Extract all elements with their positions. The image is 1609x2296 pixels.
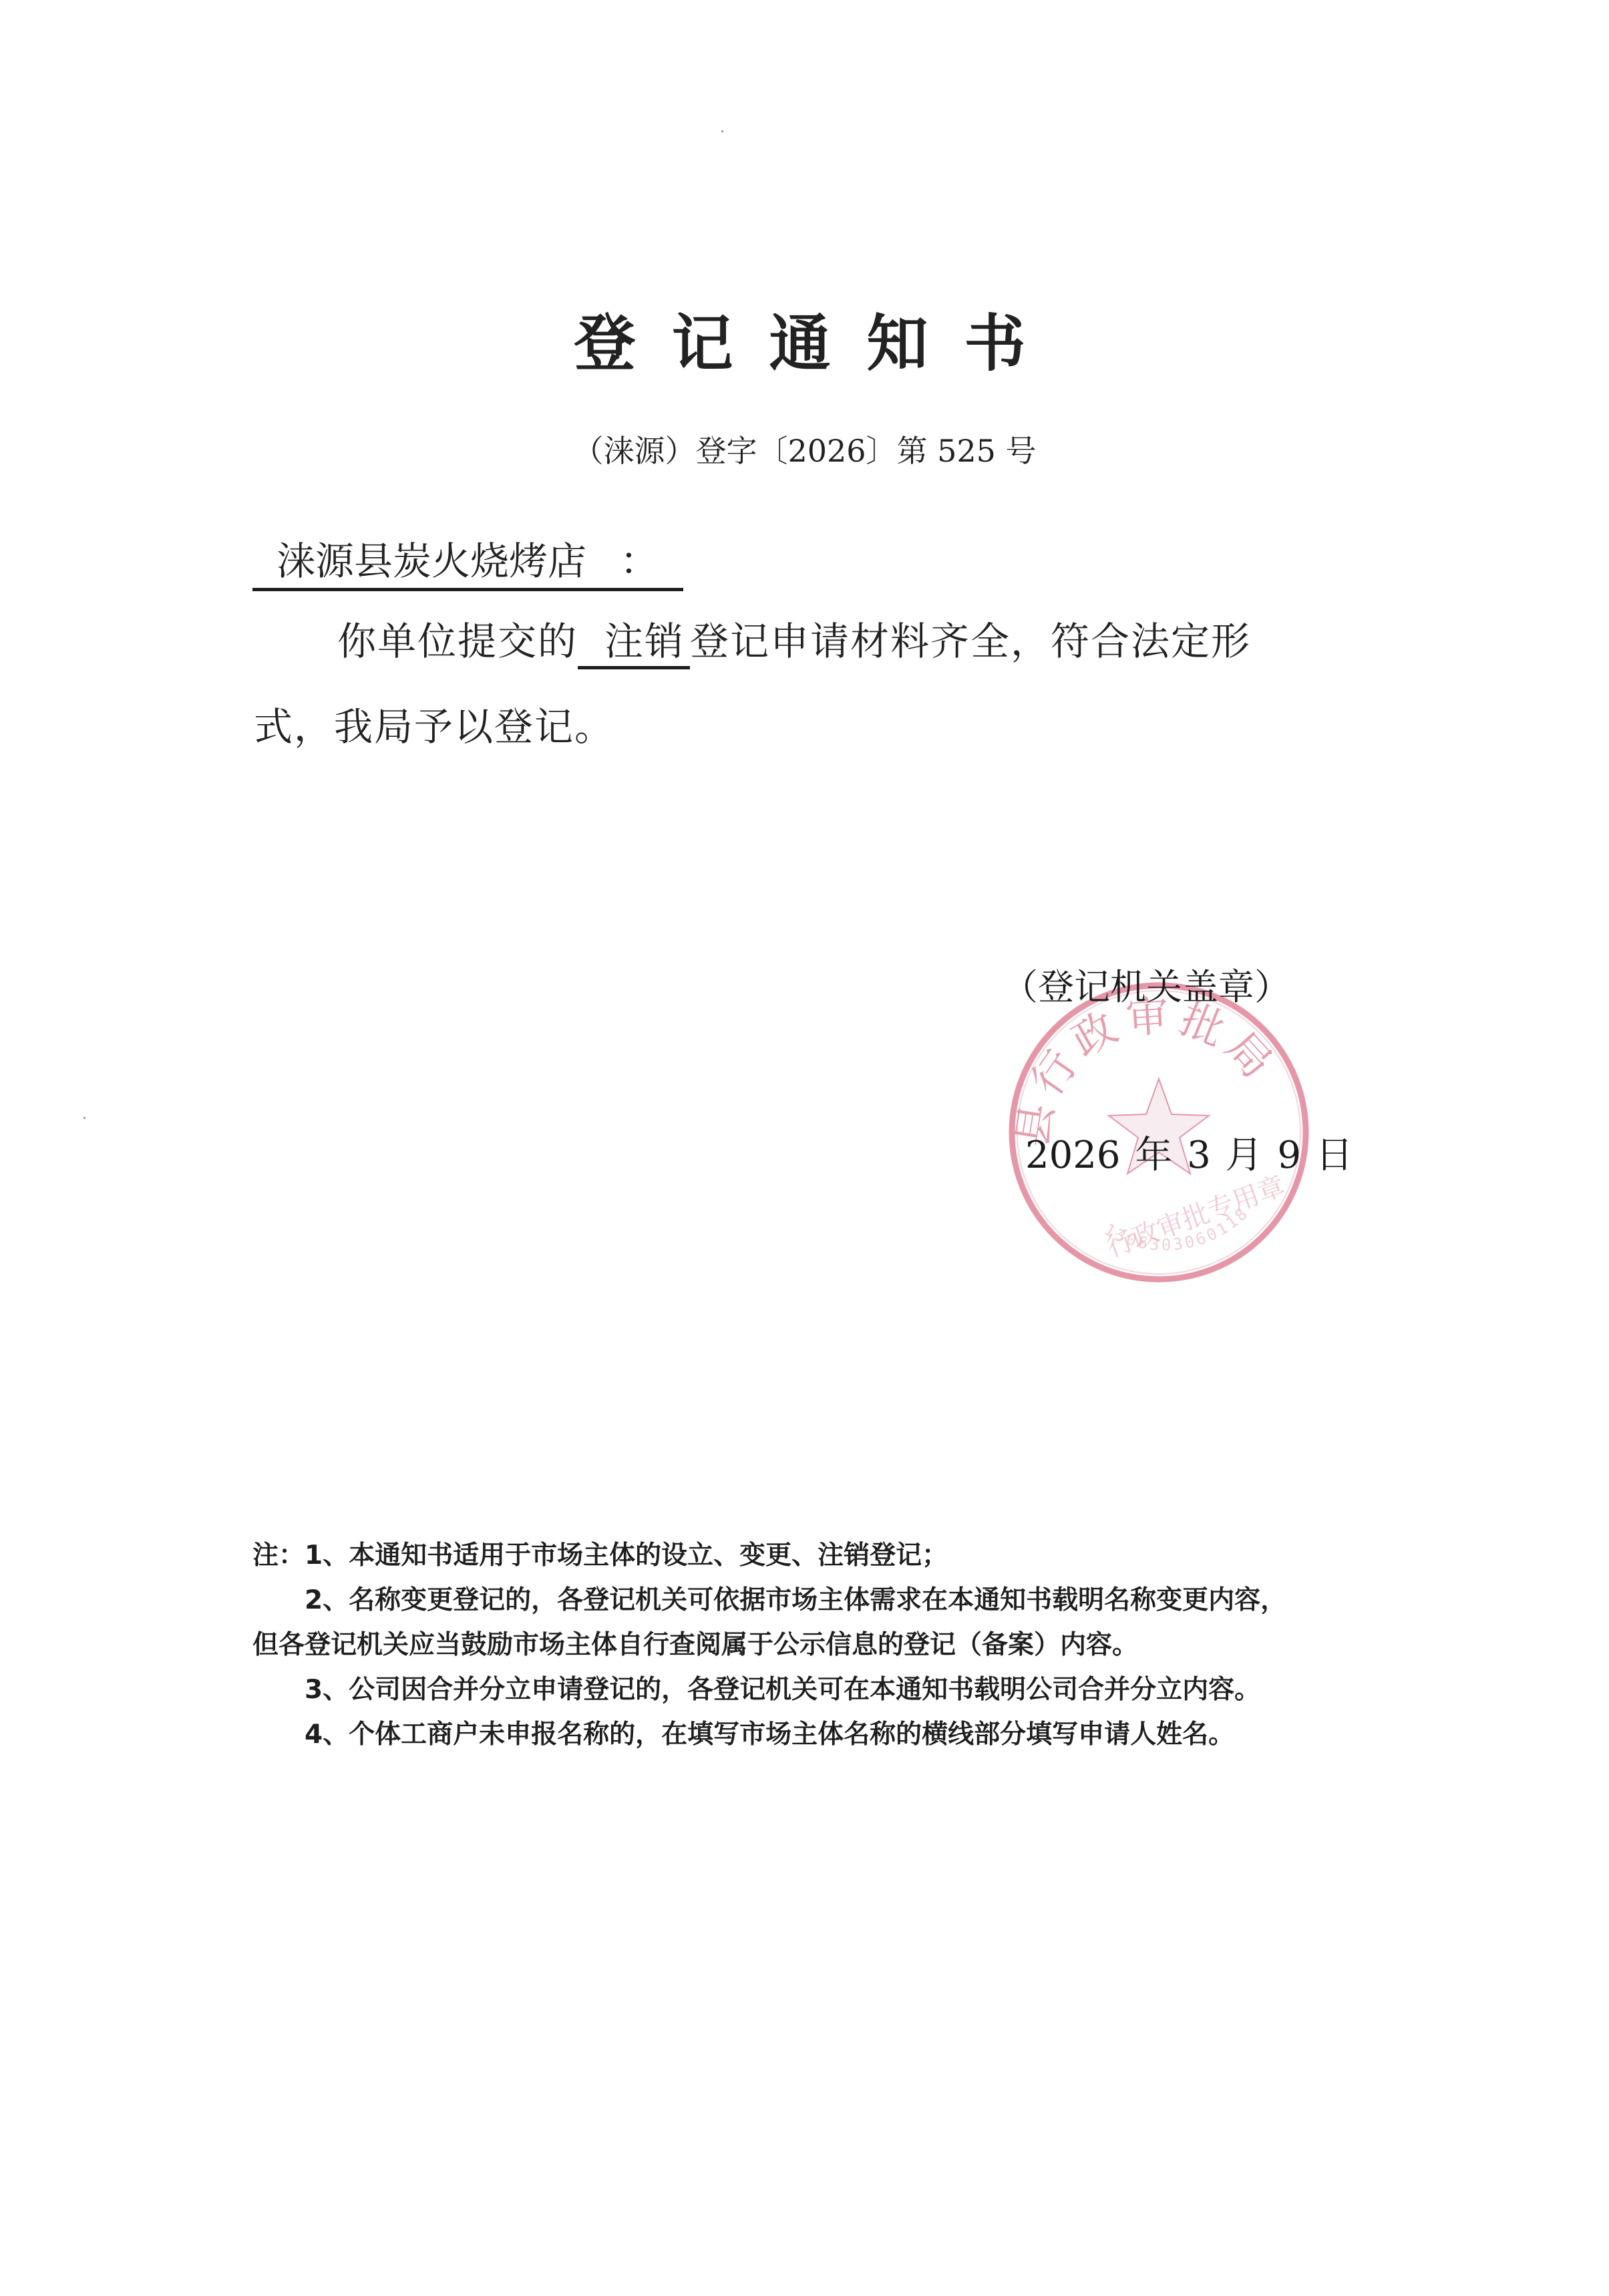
scan-speck [721, 130, 723, 132]
notes-prefix: 注： [252, 1540, 305, 1571]
scan-speck [83, 1117, 85, 1119]
registration-type-field: 注销 [578, 617, 690, 669]
note-item-2-continued: 但各登记机关应当鼓励市场主体自行查阅属于公示信息的登记（备案）内容。 [252, 1623, 1401, 1667]
body-suffix: 登记申请材料齐全，符合法定形 [690, 619, 1251, 664]
issue-date: 2026 年 3 月 9 日 [1025, 1129, 1353, 1182]
body-paragraph-line-2: 式，我局予以登记。 [254, 700, 614, 754]
registration-notice-page: 登记通知书 （涞源）登字〔2026〕第 525 号 涞源县炭火烧烤店： 你单位提… [0, 0, 1609, 2296]
seal-label: （登记机关盖章） [1002, 962, 1290, 1013]
notes-section: 注：1、本通知书适用于市场主体的设立、变更、注销登记； 2、名称变更登记的，各登… [252, 1533, 1401, 1757]
note-item-4: 4、个体工商户未申报名称的，在填写市场主体名称的横线部分填写申请人姓名。 [252, 1712, 1401, 1757]
recipient-colon: ： [620, 538, 659, 584]
recipient-name: 涞源县炭火烧烤店 [277, 538, 586, 584]
note-item-2: 2、名称变更登记的，各登记机关可依据市场主体需求在本通知书载明名称变更内容， [252, 1578, 1401, 1623]
note-item-3: 3、公司因合并分立申请登记的，各登记机关可在本通知书载明公司合并分立内容。 [252, 1667, 1401, 1712]
recipient-field: 涞源县炭火烧烤店： [252, 534, 683, 591]
document-number: （涞源）登字〔2026〕第 525 号 [0, 428, 1609, 474]
body-paragraph-line-1: 你单位提交的注销登记申请材料齐全，符合法定形 [337, 615, 1251, 669]
body-prefix: 你单位提交的 [337, 619, 578, 664]
document-title: 登记通知书 [0, 304, 1609, 384]
note-item-1: 注：1、本通知书适用于市场主体的设立、变更、注销登记； [252, 1533, 1401, 1578]
